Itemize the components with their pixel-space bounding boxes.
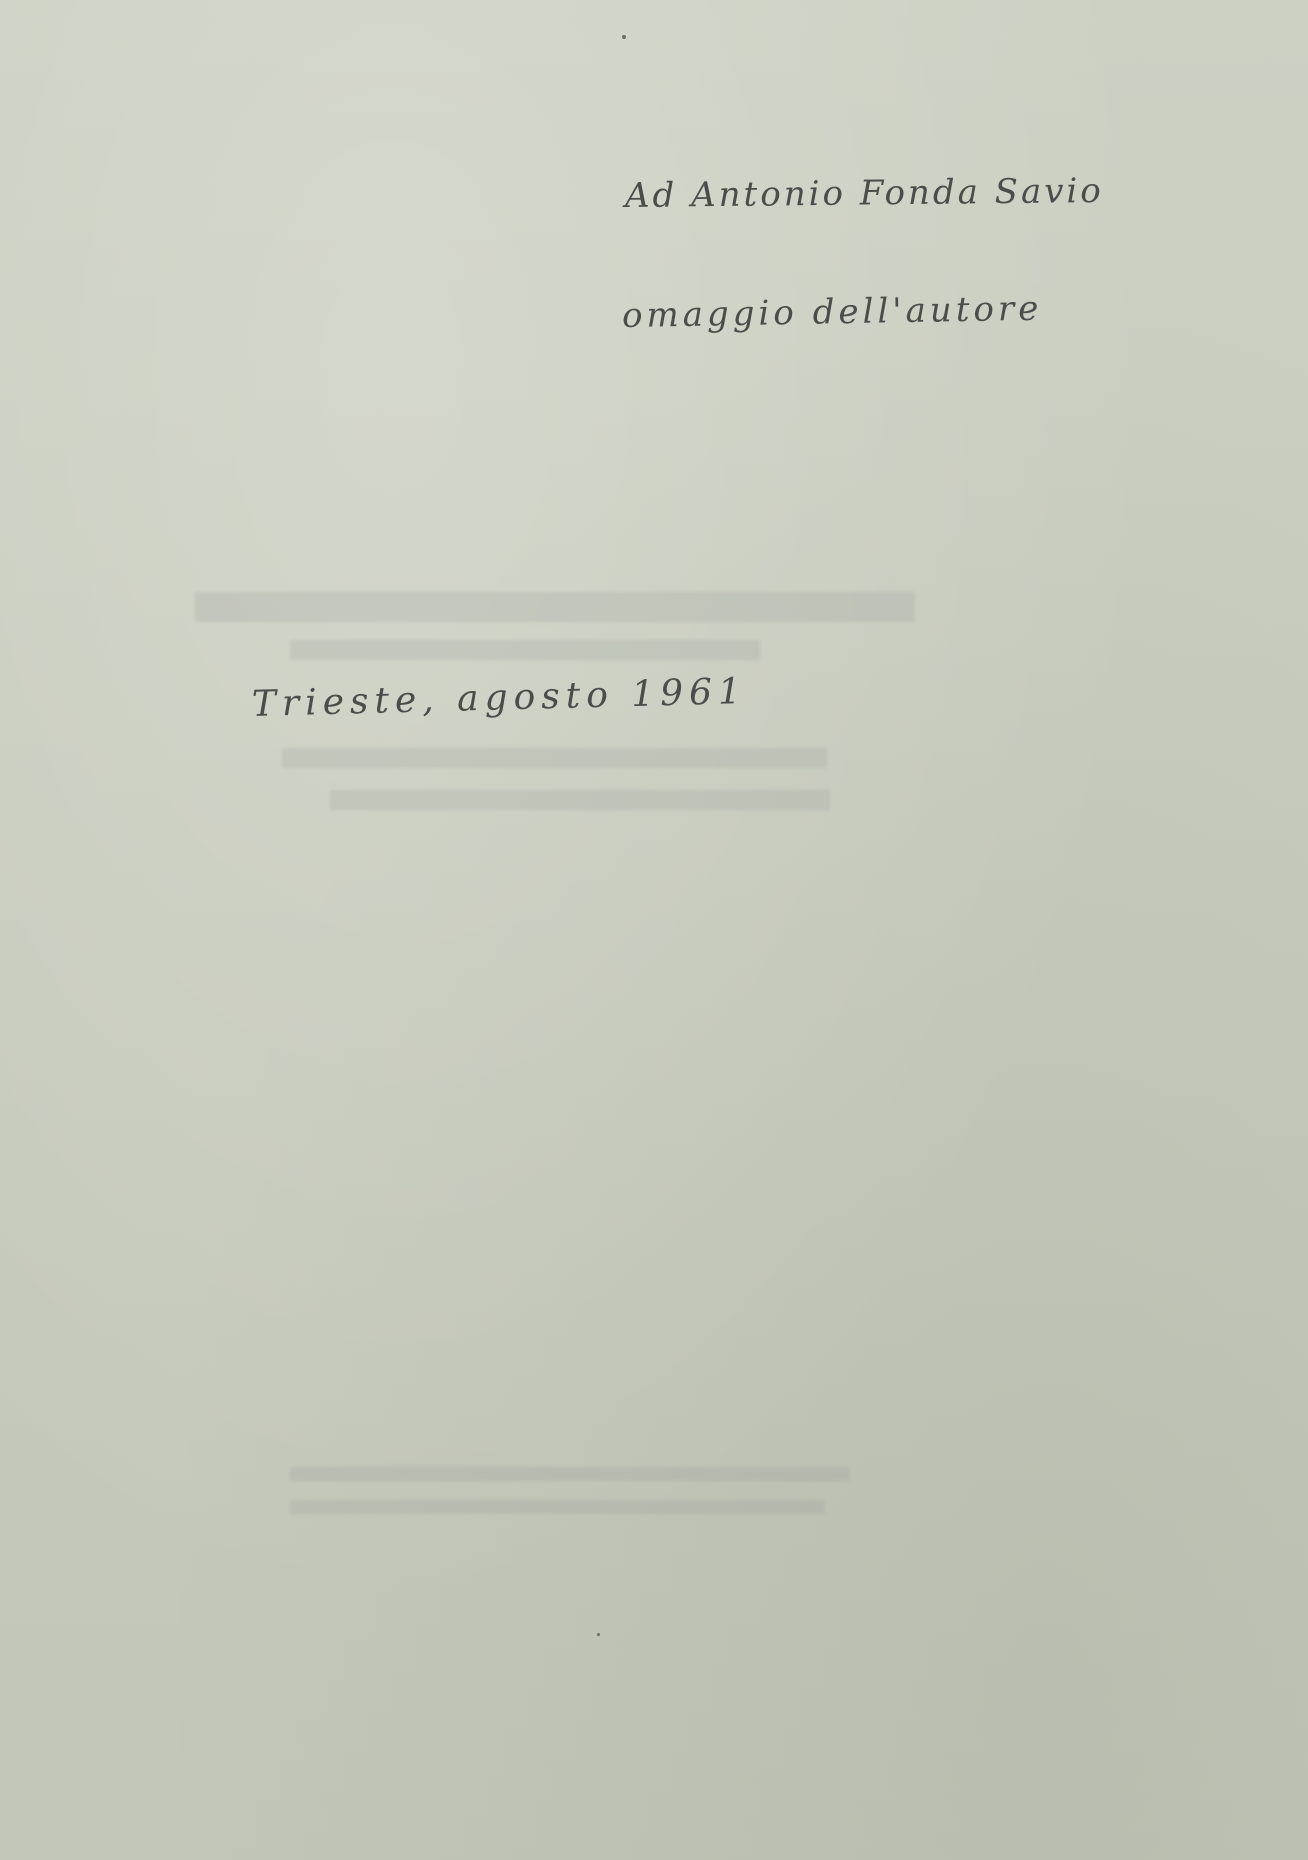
show-through-subtitle <box>290 640 760 660</box>
show-through-line <box>330 790 830 810</box>
show-through-line <box>282 748 827 768</box>
show-through-imprint <box>290 1467 850 1481</box>
place-date-inscription: Trieste, agosto 1961 <box>251 671 747 725</box>
paper-speck <box>622 35 626 39</box>
paper-speck <box>597 1633 600 1636</box>
dedication-line-2: omaggio dell'autore <box>622 289 1043 336</box>
show-through-title <box>195 592 915 622</box>
document-page: Ad Antonio Fonda Savio omaggio dell'auto… <box>0 0 1308 1860</box>
dedication-line-1: Ad Antonio Fonda Savio <box>625 171 1104 216</box>
show-through-imprint <box>290 1500 825 1514</box>
